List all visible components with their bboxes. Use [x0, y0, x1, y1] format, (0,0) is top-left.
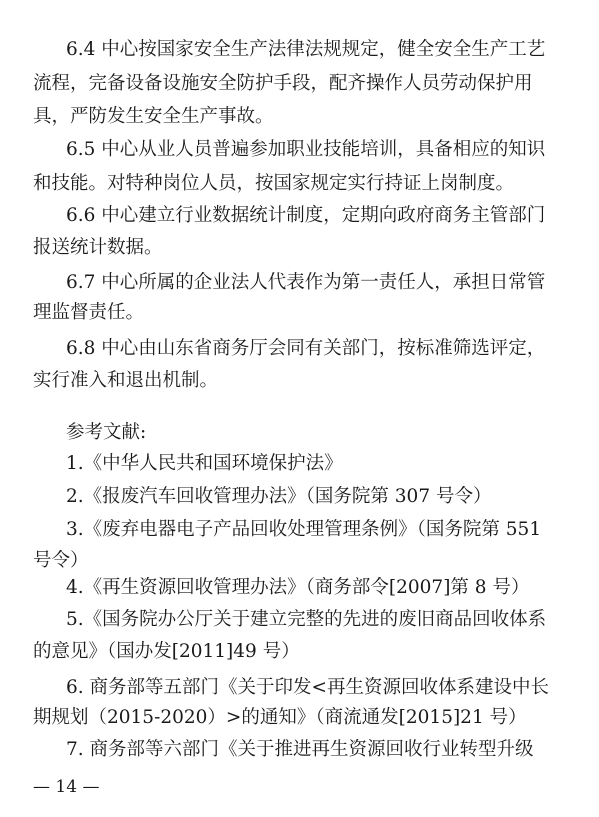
reference-item: 5.《国务院办公厅关于建立完整的先进的废旧商品回收体系 — [66, 607, 529, 633]
reference-item: 6. 商务部等五部门《关于印发<再生资源回收体系建设中长 — [66, 675, 529, 701]
document-page: 6.4 中心按国家安全生产法律法规规定，健全安全生产工艺 流程，完备设备设施安全… — [0, 0, 599, 817]
reference-item: 3.《废弃电器电子产品回收处理管理条例》（国务院第 551 — [66, 517, 529, 543]
page-number: — 14 — — [33, 774, 99, 800]
reference-item-continued: 号令） — [33, 548, 89, 574]
text-line: 具，严防发生安全生产事故。 — [33, 104, 274, 130]
reference-item-continued: 的意见》（国办发[2011]49 号） — [33, 639, 300, 665]
text-line: 和技能。对特种岗位人员，按国家规定实行持证上岗制度。 — [33, 171, 514, 197]
reference-item: 4.《再生资源回收管理办法》（商务部令[2007]第 8 号） — [66, 575, 529, 601]
text-line: 6.4 中心按国家安全生产法律法规规定，健全安全生产工艺 — [66, 37, 529, 63]
text-line: 6.7 中心所属的企业法人代表作为第一责任人，承担日常管 — [66, 270, 529, 296]
reference-item: 1.《中华人民共和国环境保护法》 — [66, 451, 343, 477]
reference-item: 2.《报废汽车回收管理办法》（国务院第 307 号令） — [66, 484, 491, 510]
text-line: 实行准入和退出机制。 — [33, 368, 218, 394]
reference-item: 7. 商务部等六部门《关于推进再生资源回收行业转型升级 — [66, 737, 529, 763]
text-line: 理监督责任。 — [33, 300, 144, 326]
text-line: 6.6 中心建立行业数据统计制度，定期向政府商务主管部门 — [66, 203, 529, 229]
text-line: 流程，完备设备设施安全防护手段，配齐操作人员劳动保护用 — [33, 71, 529, 97]
text-line: 报送统计数据。 — [33, 235, 163, 261]
references-heading: 参考文献: — [66, 420, 146, 446]
text-line: 6.8 中心由山东省商务厅会同有关部门，按标准筛选评定， — [66, 336, 529, 362]
text-line: 6.5 中心从业人员普遍参加职业技能培训，具备相应的知识 — [66, 137, 529, 163]
reference-item-continued: 期规划（2015-2020）>的通知》（商流通发[2015]21 号） — [33, 705, 527, 731]
